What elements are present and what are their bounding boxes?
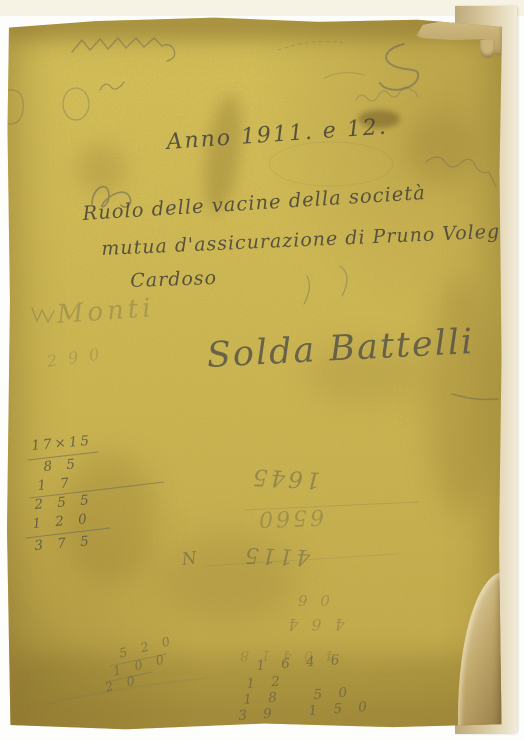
faint-inverted-row: 4 6 4 <box>284 616 345 632</box>
manuscript-page: Anno 1911. e 12. Ruolo delle vacine dell… <box>6 14 502 730</box>
calc-row: 1 7 <box>37 477 75 494</box>
inverted-number: 1645 <box>249 464 321 491</box>
inverted-number: 6560 <box>256 505 325 529</box>
inverted-number: 4115 <box>242 543 311 567</box>
stain <box>426 274 496 514</box>
faint-name: Monti <box>56 295 155 328</box>
inverted-letter: N <box>181 550 198 568</box>
scanner-margin-top <box>0 0 524 16</box>
scanned-document: Anno 1911. e 12. Ruolo delle vacine dell… <box>0 0 524 740</box>
title-line-3: Cardoso <box>130 269 217 291</box>
stain <box>406 114 476 184</box>
faint-inverted-row: 0 6 <box>294 592 330 607</box>
stain <box>76 144 126 194</box>
calc-row: 8 5 <box>43 458 81 475</box>
top-right-fold-tab <box>480 40 495 58</box>
